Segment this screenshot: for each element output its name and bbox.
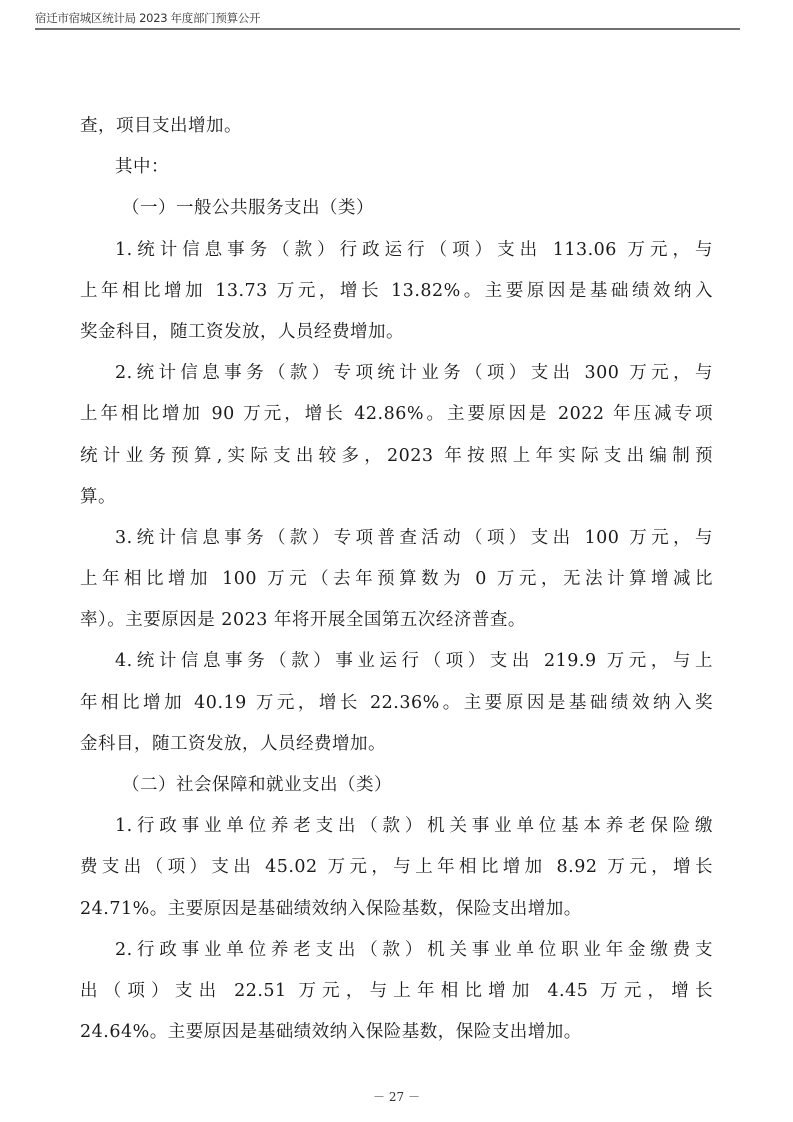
text-line: 2.行政事业单位养老支出（款）机关事业单位职业年金缴费支 (80, 930, 713, 971)
text-line: 统计业务预算,实际支出较多，2023 年按照上年实际支出编制预 (80, 436, 713, 477)
text-line: 上年相比增加 13.73 万元，增长 13.82%。主要原因是基础绩效纳入 (80, 271, 713, 312)
text-line: 奖金科目，随工资发放，人员经费增加。 (80, 312, 713, 353)
text-line: 其中： (80, 147, 713, 188)
text-line: 4.统计信息事务（款）事业运行（项）支出 219.9 万元，与上 (80, 641, 713, 682)
running-header: 宿迁市宿城区统计局 2023 年度部门预算公开 (35, 10, 488, 26)
page-number: － 27 － (0, 1088, 793, 1105)
text-line: 率）。主要原因是 2023 年将开展全国第五次经济普查。 (80, 600, 713, 641)
document-body: 查，项目支出增加。 其中： （一）一般公共服务支出（类） 1.统计信息事务（款）… (80, 106, 713, 1053)
text-line: 24.71%。主要原因是基础绩效纳入保险基数，保险支出增加。 (80, 889, 713, 930)
text-line: 出（项）支出 22.51 万元，与上年相比增加 4.45 万元，增长 (80, 971, 713, 1012)
text-line: 金科目，随工资发放，人员经费增加。 (80, 724, 713, 765)
header-rule (35, 28, 740, 30)
text-line: 查，项目支出增加。 (80, 106, 713, 147)
text-line: 2.统计信息事务（款）专项统计业务（项）支出 300 万元，与 (80, 353, 713, 394)
text-line: 24.64%。主要原因是基础绩效纳入保险基数，保险支出增加。 (80, 1012, 713, 1053)
text-line: 3.统计信息事务（款）专项普查活动（项）支出 100 万元，与 (80, 518, 713, 559)
text-line: 上年相比增加 90 万元，增长 42.86%。主要原因是 2022 年压减专项 (80, 394, 713, 435)
text-line: 上年相比增加 100 万元（去年预算数为 0 万元，无法计算增减比 (80, 559, 713, 600)
text-line: 1.行政事业单位养老支出（款）机关事业单位基本养老保险缴 (80, 806, 713, 847)
text-line: 算。 (80, 477, 713, 518)
text-line: 费支出（项）支出 45.02 万元，与上年相比增加 8.92 万元，增长 (80, 847, 713, 888)
text-line: 1.统计信息事务（款）行政运行（项）支出 113.06 万元，与 (80, 230, 713, 271)
section-heading: （一）一般公共服务支出（类） (80, 188, 713, 229)
text-line: 年相比增加 40.19 万元，增长 22.36%。主要原因是基础绩效纳入奖 (80, 683, 713, 724)
section-heading: （二）社会保障和就业支出（类） (80, 765, 713, 806)
